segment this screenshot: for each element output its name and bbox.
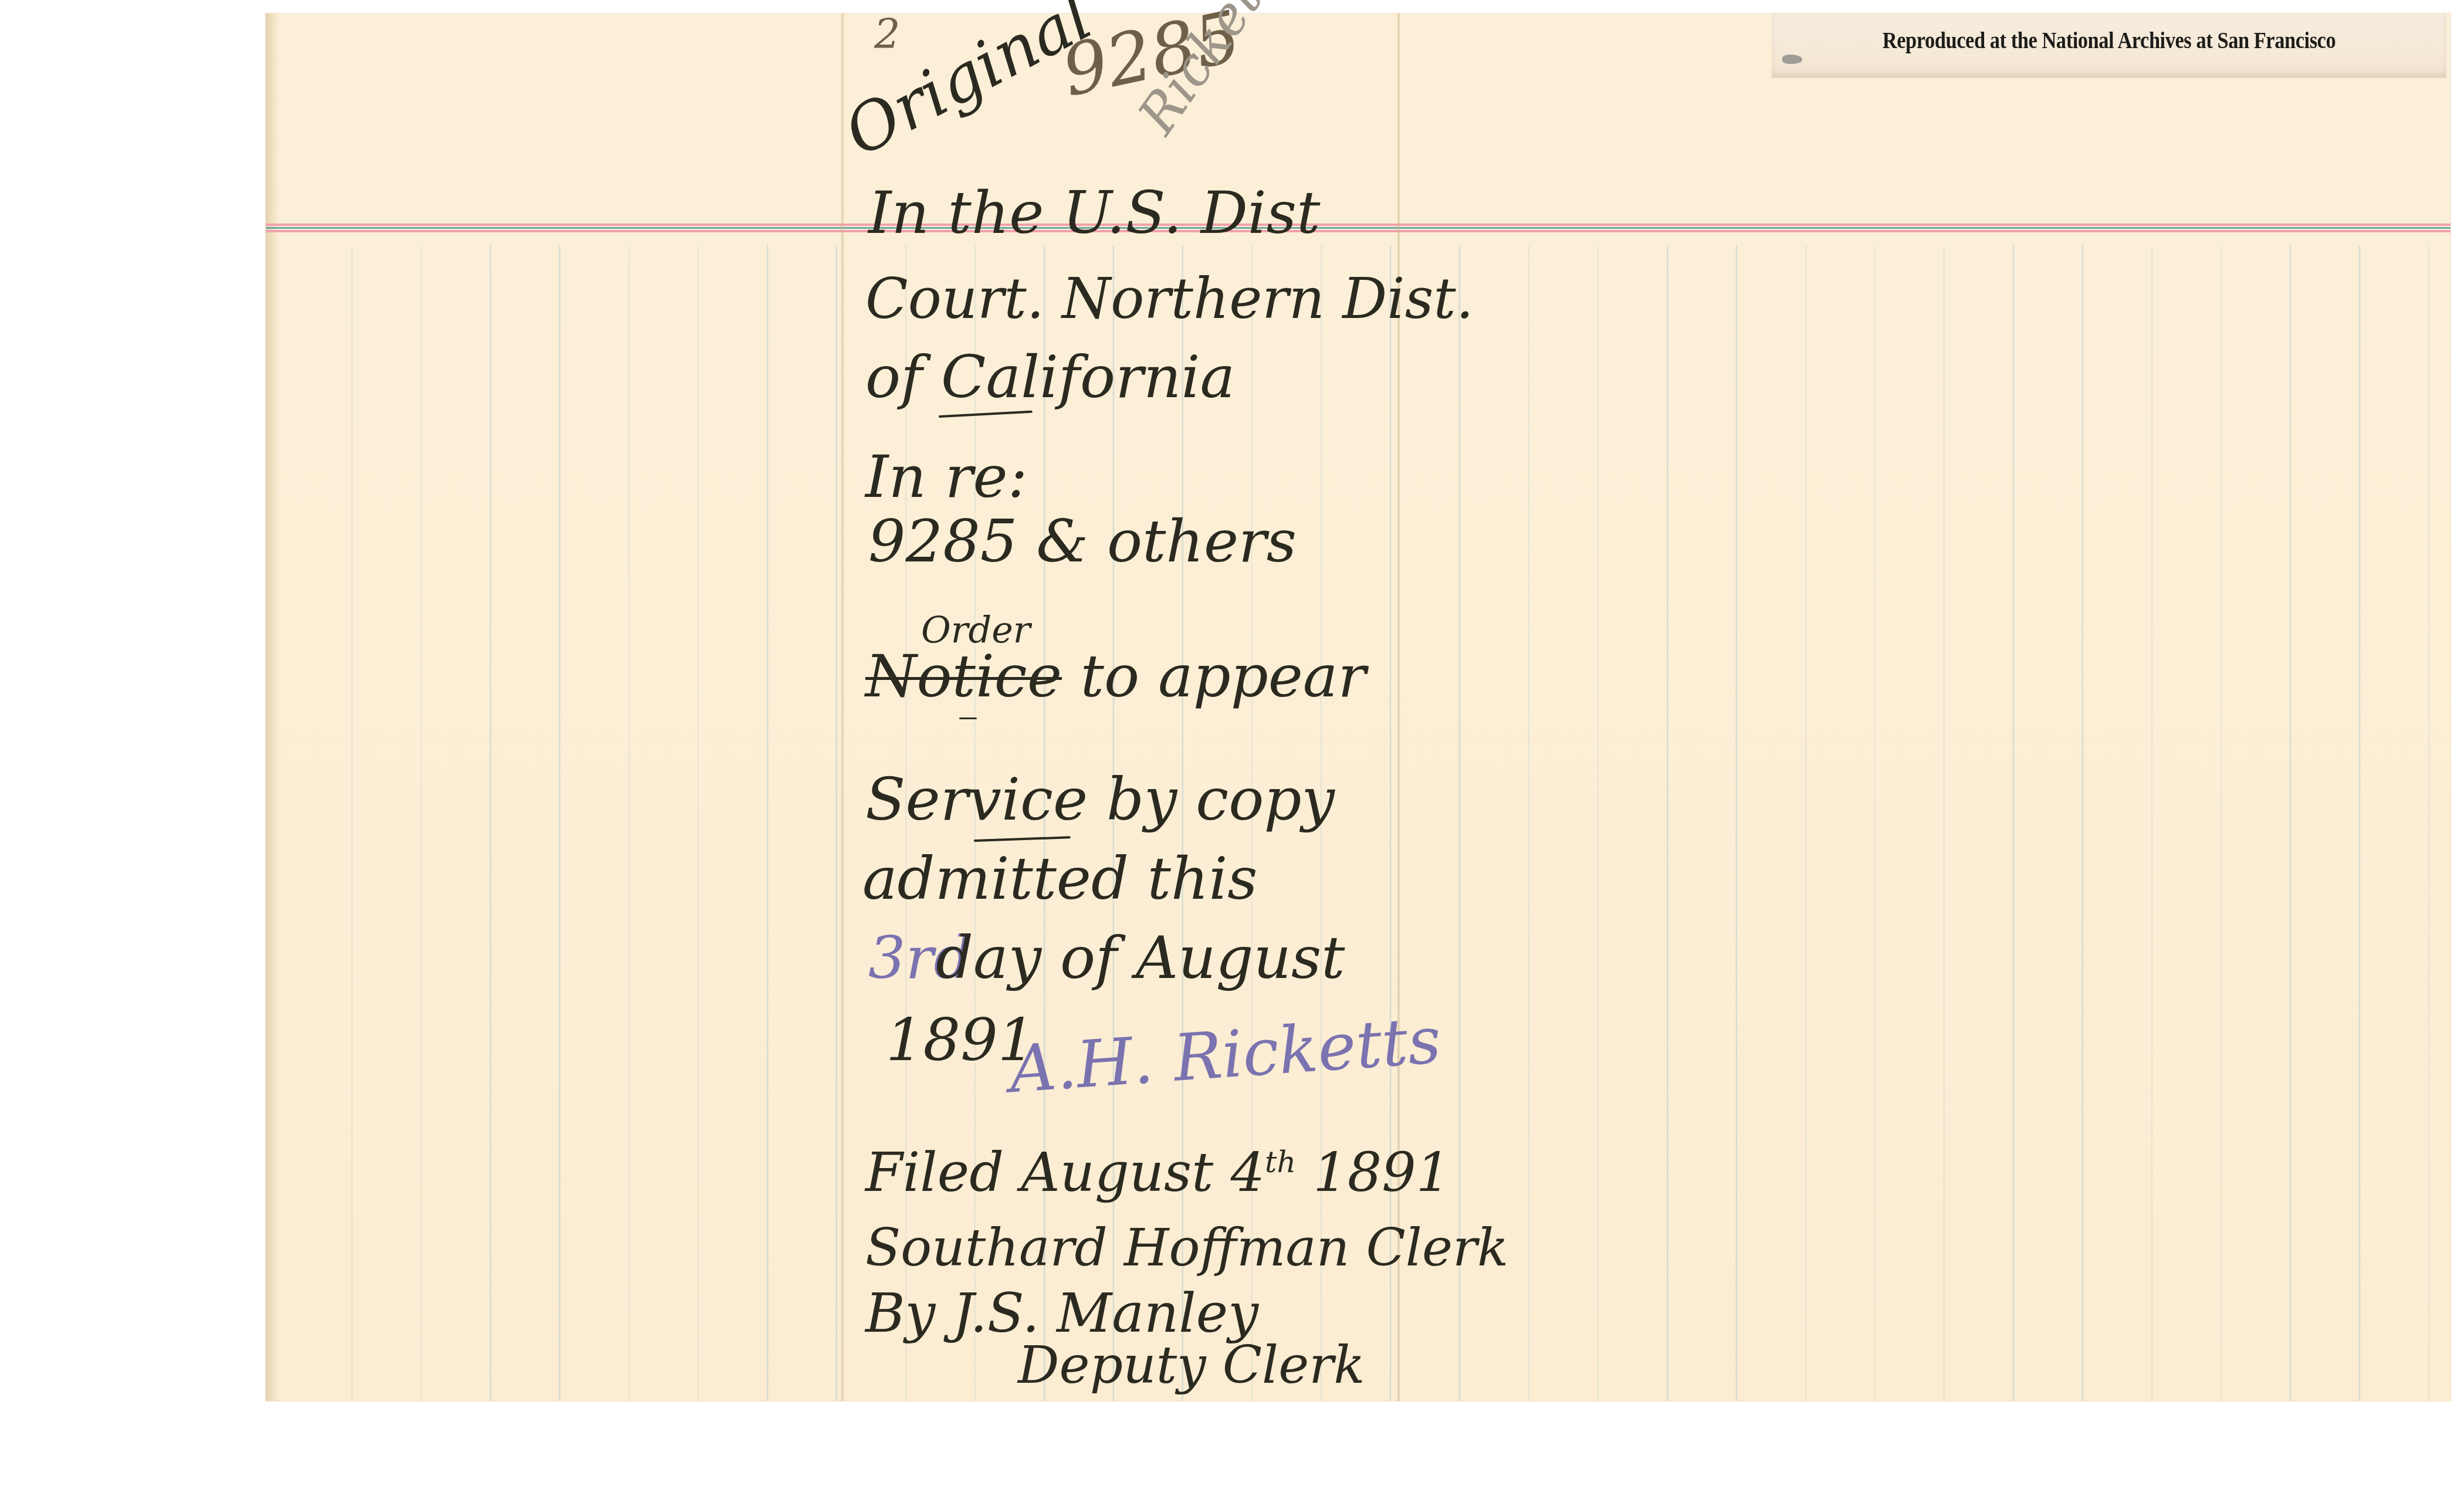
tape-mark-icon — [1782, 55, 1802, 64]
archive-label-text: Reproduced at the National Archives at S… — [1883, 26, 2336, 54]
appear-text: to appear — [1081, 642, 1366, 710]
corner-mark: 2 — [874, 13, 901, 55]
docket-panel: 2 Original 9285 Ricketts In the U.S. Dis… — [842, 13, 1398, 1401]
notice-line: Notice to appear — [865, 647, 1366, 706]
in-re: In re: — [865, 448, 1027, 506]
service-line-2: admitted this — [862, 849, 1258, 908]
service-underline — [974, 836, 1071, 842]
clerk-line: Southard Hoffman Clerk — [865, 1222, 1508, 1274]
court-line-3: of California — [865, 348, 1235, 407]
case-line: 9285 & others — [868, 512, 1297, 571]
archive-label: Reproduced at the National Archives at S… — [1772, 13, 2446, 78]
deputy-line: Deputy Clerk — [1018, 1339, 1365, 1391]
signature: A.H. Ricketts — [1007, 1007, 1443, 1102]
filed-line: Filed August 4th 1891 — [865, 1146, 1450, 1200]
filed-text: Filed August 4 — [865, 1141, 1265, 1204]
filed-year: 1891 — [1313, 1141, 1450, 1204]
court-underline — [939, 411, 1033, 418]
day-line: day of August — [936, 929, 1345, 987]
filed-sup: th — [1265, 1145, 1296, 1179]
court-line-2: Court. Northern Dist. — [865, 272, 1474, 327]
separator-dash — [959, 717, 977, 719]
court-line-1: In the U.S. Dist — [868, 184, 1320, 242]
struck-word: Notice — [865, 642, 1062, 710]
by-line: By J.S. Manley — [865, 1287, 1258, 1341]
service-line-1: Service by copy — [865, 770, 1335, 829]
